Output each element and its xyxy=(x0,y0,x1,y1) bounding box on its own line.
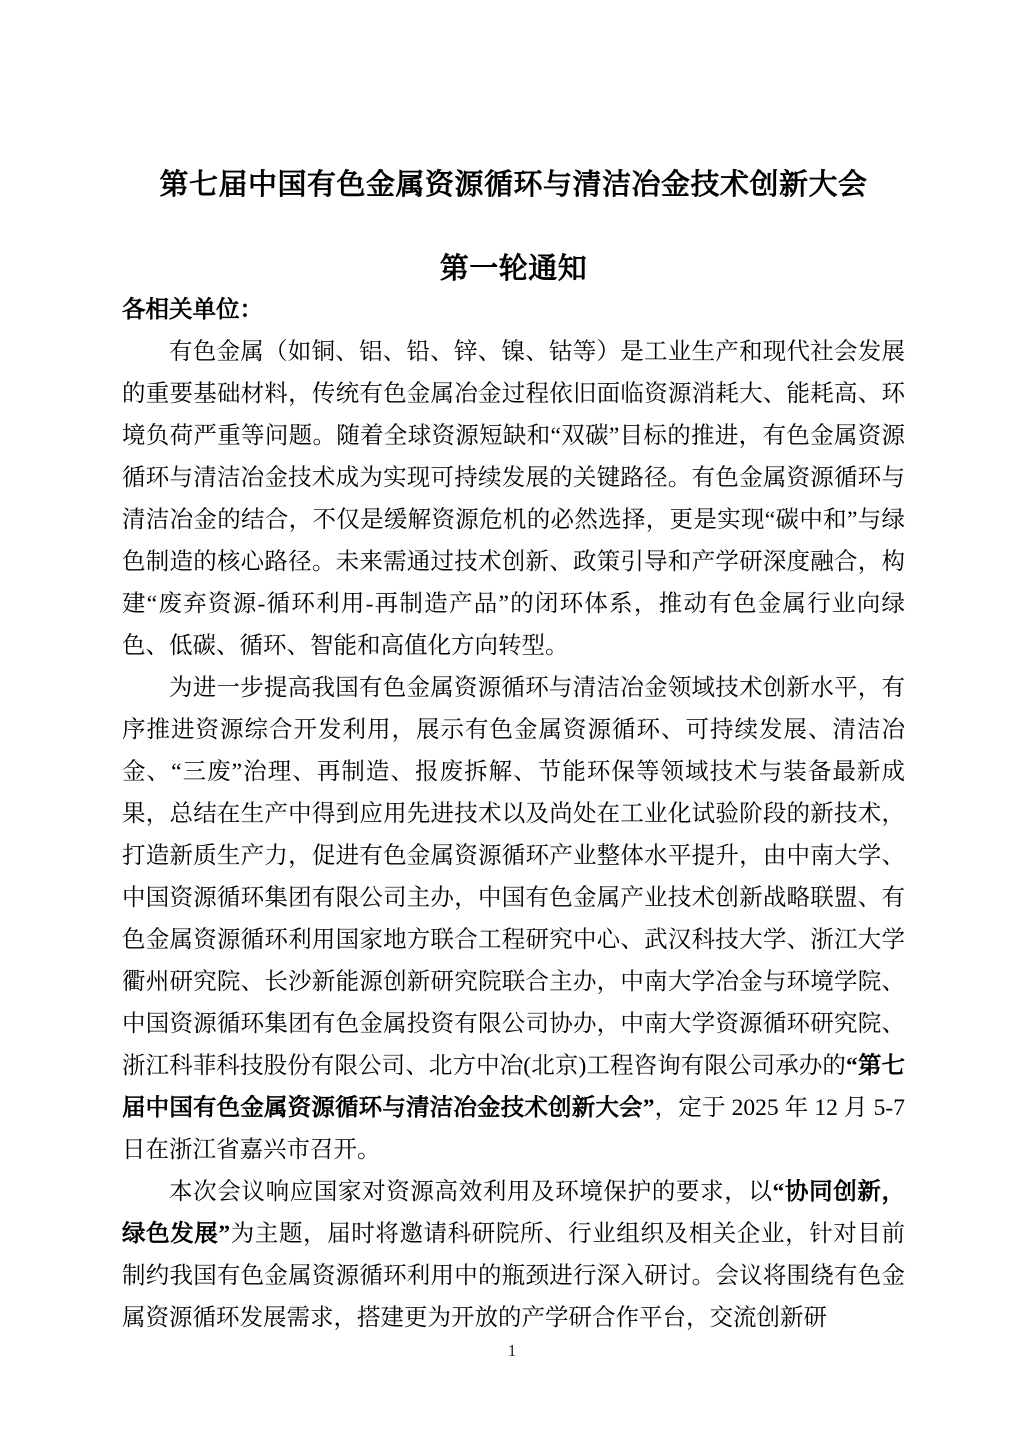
text-run: 有色金属（如铜、铝、铅、锌、镍、钴等）是工业生产和现代社会发展的重要基础材料，传… xyxy=(122,339,905,659)
document-body: 有色金属（如铜、铝、铅、锌、镍、钴等）是工业生产和现代社会发展的重要基础材料，传… xyxy=(122,331,905,1339)
paragraph: 有色金属（如铜、铝、铅、锌、镍、钴等）是工业生产和现代社会发展的重要基础材料，传… xyxy=(122,331,905,667)
paragraph: 本次会议响应国家对资源高效利用及环境保护的要求，以“协同创新，绿色发展”为主题，… xyxy=(122,1171,905,1339)
document-subtitle: 第一轮通知 xyxy=(122,249,905,289)
page-number: 1 xyxy=(0,1340,1024,1362)
text-run: 本次会议响应国家对资源高效利用及环境保护的要求，以 xyxy=(169,1179,773,1205)
text-run: 为进一步提高我国有色金属资源循环与清洁冶金领域技术创新水平，有序推进资源综合开发… xyxy=(122,675,905,1079)
document-page: 第七届中国有色金属资源循环与清洁冶金技术创新大会 第一轮通知 各相关单位： 有色… xyxy=(0,0,1024,1448)
document-title: 第七届中国有色金属资源循环与清洁冶金技术创新大会 xyxy=(122,165,905,205)
paragraph: 为进一步提高我国有色金属资源循环与清洁冶金领域技术创新水平，有序推进资源综合开发… xyxy=(122,667,905,1171)
text-run: 为主题，届时将邀请科研院所、行业组织及相关企业，针对目前制约我国有色金属资源循环… xyxy=(122,1221,905,1331)
document-content: 第七届中国有色金属资源循环与清洁冶金技术创新大会 第一轮通知 各相关单位： 有色… xyxy=(122,0,905,1339)
salutation: 各相关单位： xyxy=(122,289,905,331)
